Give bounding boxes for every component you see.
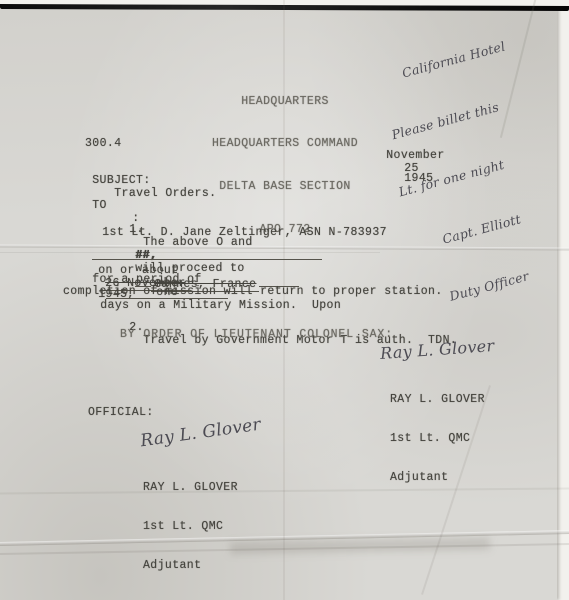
signer-name: RAY L. GLOVER — [390, 393, 485, 406]
note-line: Duty Officer — [447, 248, 569, 306]
signature-block-left: RAY L. GLOVER 1st Lt. QMC Adjutant — [143, 455, 238, 597]
para1-line4: completion of mission will return to pro… — [63, 285, 443, 298]
date-year: 1945 — [404, 172, 433, 185]
signature-block-right: RAY L. GLOVER 1st Lt. QMC Adjutant — [390, 367, 485, 509]
signer-title: Adjutant — [390, 471, 485, 484]
signer-title: Adjutant — [143, 559, 238, 572]
official-label: OFFICIAL: — [88, 406, 154, 419]
note-line: Capt. Elliott — [440, 193, 569, 249]
blank-line-segment — [92, 248, 322, 260]
date-month: November — [386, 149, 444, 162]
by-order-line: BY ORDER OF LIEUTENANT COLONEL SAX: — [120, 328, 393, 341]
signer-rank: 1st Lt. QMC — [143, 520, 238, 533]
scanned-document-page: California Hotel Please billet this Lt. … — [0, 0, 569, 600]
signer-rank: 1st Lt. QMC — [390, 432, 485, 445]
signer-name: RAY L. GLOVER — [143, 481, 238, 494]
file-number: 300.4 — [85, 137, 122, 150]
letterhead-line: HEADQUARTERS — [120, 95, 450, 109]
